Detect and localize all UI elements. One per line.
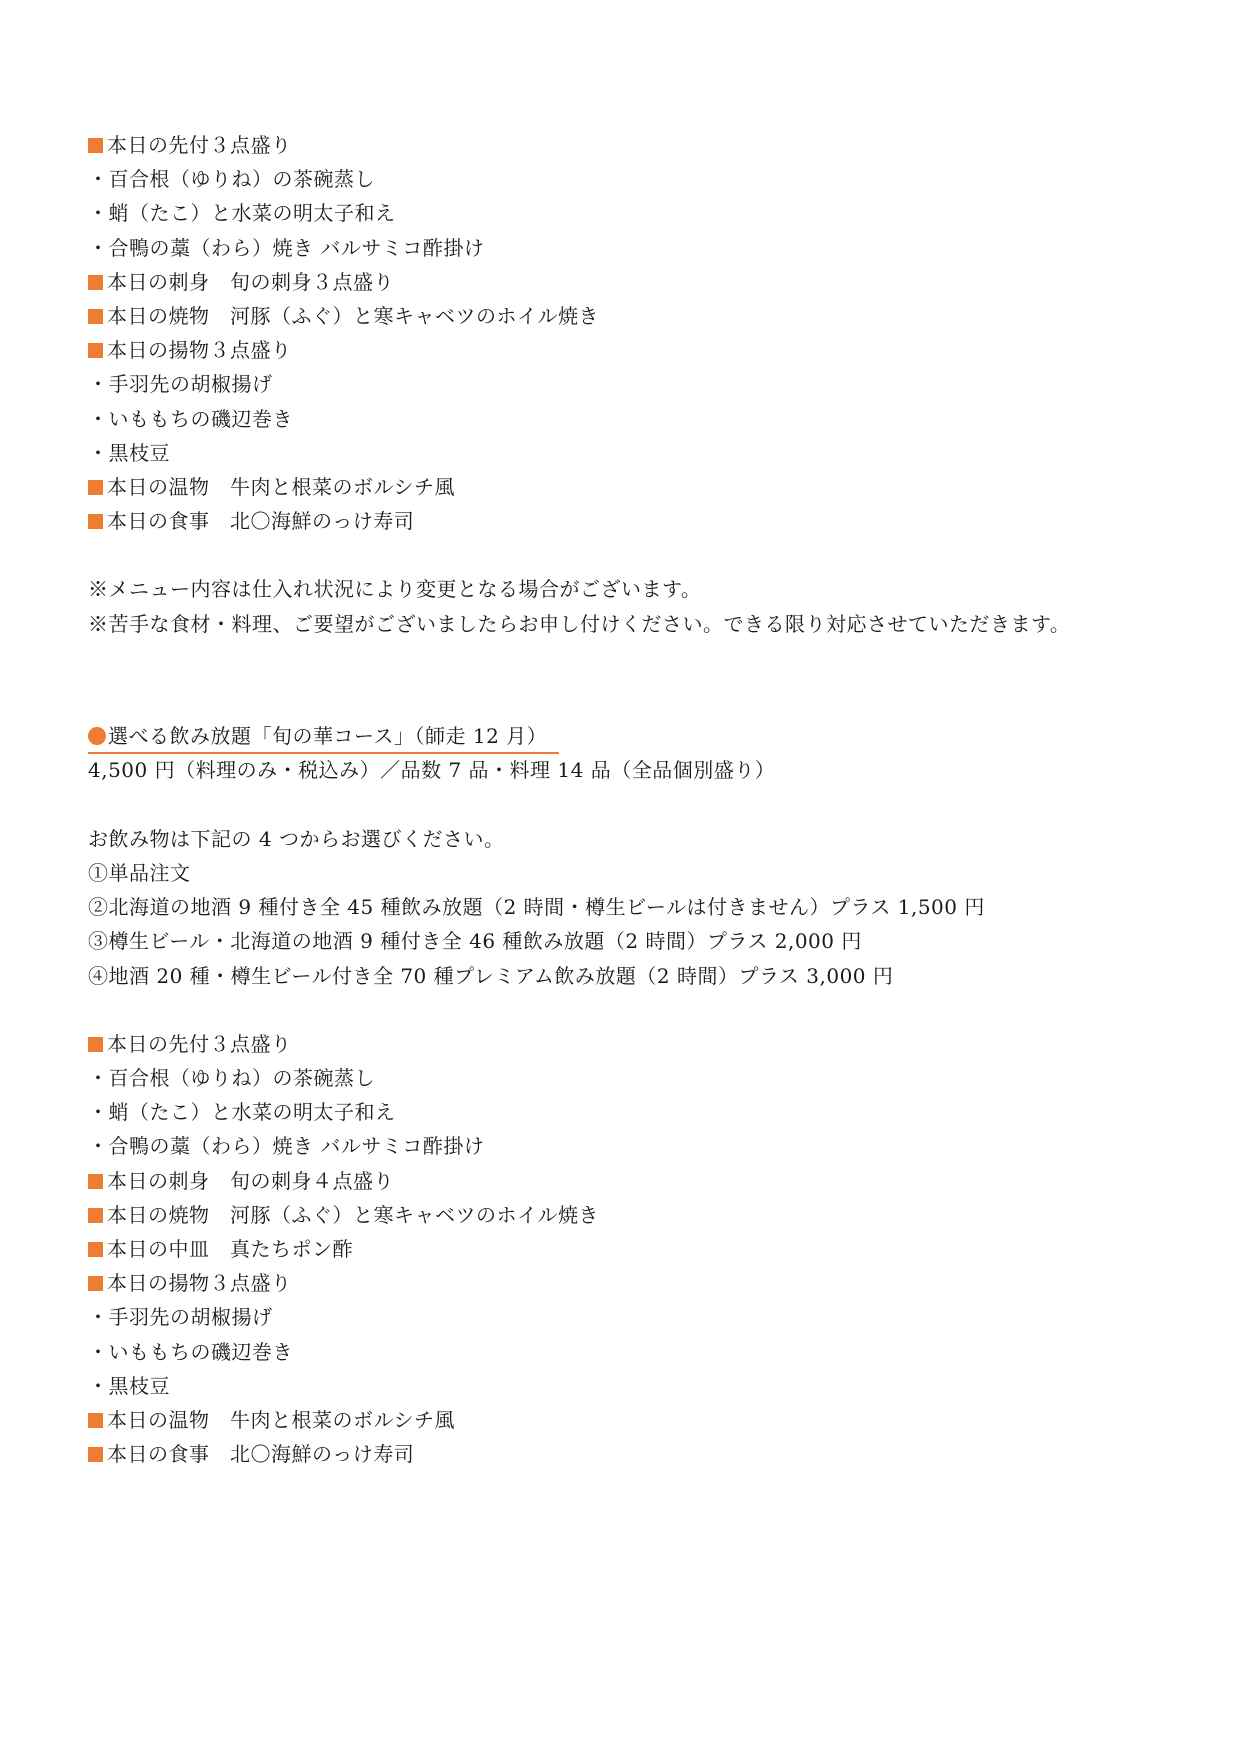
menu-category-label: 本日の中皿 真たちポン酢 [107, 1237, 353, 1261]
menu-category: 本日の食事 北〇海鮮のっけ寿司 [88, 1437, 1158, 1471]
drinks-intro: お飲み物は下記の 4 つからお選びください。 [88, 822, 1158, 856]
menu-item: ・手羽先の胡椒揚げ [88, 367, 1158, 401]
menu-category-label: 本日の温物 牛肉と根菜のボルシチ風 [107, 1408, 455, 1432]
menu-item: ・手羽先の胡椒揚げ [88, 1300, 1158, 1334]
menu-item: ・百合根（ゆりね）の茶碗蒸し [88, 1061, 1158, 1095]
drink-option: ④地酒 20 種・樽生ビール付き全 70 種プレミアム飲み放題（2 時間）プラス… [88, 959, 1158, 993]
orange-square-icon [88, 1447, 103, 1462]
menu-item: ・合鴨の藁（わら）焼き バルサミコ酢掛け [88, 1129, 1158, 1163]
menu-category-label: 本日の先付３点盛り [107, 1032, 292, 1056]
orange-square-icon [88, 480, 103, 495]
menu-category: 本日の刺身 旬の刺身３点盛り [88, 265, 1158, 299]
drink-option: ③樽生ビール・北海道の地酒 9 種付き全 46 種飲み放題（2 時間）プラス 2… [88, 924, 1158, 958]
spacer [88, 641, 1158, 675]
spacer [88, 538, 1158, 572]
orange-square-icon [88, 275, 103, 290]
menu-category-label: 本日の焼物 河豚（ふぐ）と寒キャベツのホイル焼き [107, 304, 599, 328]
spacer [88, 675, 1158, 709]
menu-category-label: 本日の食事 北〇海鮮のっけ寿司 [107, 1442, 414, 1466]
orange-square-icon [88, 1174, 103, 1189]
menu-category-label: 本日の食事 北〇海鮮のっけ寿司 [107, 509, 414, 533]
menu-category: 本日の食事 北〇海鮮のっけ寿司 [88, 504, 1158, 538]
course2-title: 選べる飲み放題「旬の華コース」（師走 12 月） [108, 724, 547, 748]
spacer [88, 709, 1158, 719]
menu-category: 本日の揚物３点盛り [88, 1266, 1158, 1300]
orange-square-icon [88, 1208, 103, 1223]
orange-square-icon [88, 138, 103, 153]
course2-heading-row: 選べる飲み放題「旬の華コース」（師走 12 月） [88, 719, 1158, 753]
menu-category: 本日の先付３点盛り [88, 1027, 1158, 1061]
course2-heading: 選べる飲み放題「旬の華コース」（師走 12 月） [88, 721, 559, 754]
menu-category-label: 本日の先付３点盛り [107, 133, 292, 157]
course2-menu-list: 本日の先付３点盛り ・百合根（ゆりね）の茶碗蒸し ・蛸（たこ）と水菜の明太子和え… [88, 1027, 1158, 1471]
orange-square-icon [88, 1242, 103, 1257]
menu-item: ・蛸（たこ）と水菜の明太子和え [88, 196, 1158, 230]
menu-category-label: 本日の温物 牛肉と根菜のボルシチ風 [107, 475, 455, 499]
orange-square-icon [88, 343, 103, 358]
menu-category-label: 本日の刺身 旬の刺身３点盛り [107, 270, 394, 294]
menu-item: ・合鴨の藁（わら）焼き バルサミコ酢掛け [88, 231, 1158, 265]
orange-square-icon [88, 1413, 103, 1428]
notes: ※メニュー内容は仕入れ状況により変更となる場合がございます。 ※苦手な食材・料理… [88, 572, 1158, 640]
note: ※苦手な食材・料理、ご要望がございましたらお申し付けください。できる限り対応させ… [88, 607, 1158, 641]
drink-options: お飲み物は下記の 4 つからお選びください。 ①単品注文 ②北海道の地酒 9 種… [88, 822, 1158, 993]
menu-item: ・黒枝豆 [88, 1369, 1158, 1403]
drink-option: ②北海道の地酒 9 種付き全 45 種飲み放題（2 時間・樽生ビールは付きません… [88, 890, 1158, 924]
drink-option: ①単品注文 [88, 856, 1158, 890]
menu-category-label: 本日の揚物３点盛り [107, 338, 292, 362]
course2-price: 4,500 円（料理のみ・税込み）／品数 7 品・料理 14 品（全品個別盛り） [88, 753, 1158, 787]
course1-menu-list: 本日の先付３点盛り ・百合根（ゆりね）の茶碗蒸し ・蛸（たこ）と水菜の明太子和え… [88, 128, 1158, 538]
orange-square-icon [88, 1037, 103, 1052]
orange-square-icon [88, 309, 103, 324]
orange-square-icon [88, 1276, 103, 1291]
menu-category: 本日の先付３点盛り [88, 128, 1158, 162]
spacer [88, 993, 1158, 1027]
menu-category: 本日の温物 牛肉と根菜のボルシチ風 [88, 470, 1158, 504]
menu-category: 本日の揚物３点盛り [88, 333, 1158, 367]
menu-item: ・蛸（たこ）と水菜の明太子和え [88, 1095, 1158, 1129]
menu-document: 本日の先付３点盛り ・百合根（ゆりね）の茶碗蒸し ・蛸（たこ）と水菜の明太子和え… [88, 128, 1158, 1471]
menu-item: ・いももちの磯辺巻き [88, 1335, 1158, 1369]
orange-circle-icon [88, 727, 106, 745]
spacer [88, 788, 1158, 822]
menu-category: 本日の刺身 旬の刺身４点盛り [88, 1164, 1158, 1198]
menu-item: ・百合根（ゆりね）の茶碗蒸し [88, 162, 1158, 196]
menu-item: ・黒枝豆 [88, 436, 1158, 470]
menu-category: 本日の焼物 河豚（ふぐ）と寒キャベツのホイル焼き [88, 299, 1158, 333]
menu-category-label: 本日の刺身 旬の刺身４点盛り [107, 1169, 394, 1193]
menu-item: ・いももちの磯辺巻き [88, 402, 1158, 436]
menu-category: 本日の中皿 真たちポン酢 [88, 1232, 1158, 1266]
orange-square-icon [88, 514, 103, 529]
menu-category-label: 本日の焼物 河豚（ふぐ）と寒キャベツのホイル焼き [107, 1203, 599, 1227]
menu-category-label: 本日の揚物３点盛り [107, 1271, 292, 1295]
menu-category: 本日の温物 牛肉と根菜のボルシチ風 [88, 1403, 1158, 1437]
menu-category: 本日の焼物 河豚（ふぐ）と寒キャベツのホイル焼き [88, 1198, 1158, 1232]
note: ※メニュー内容は仕入れ状況により変更となる場合がございます。 [88, 572, 1158, 606]
